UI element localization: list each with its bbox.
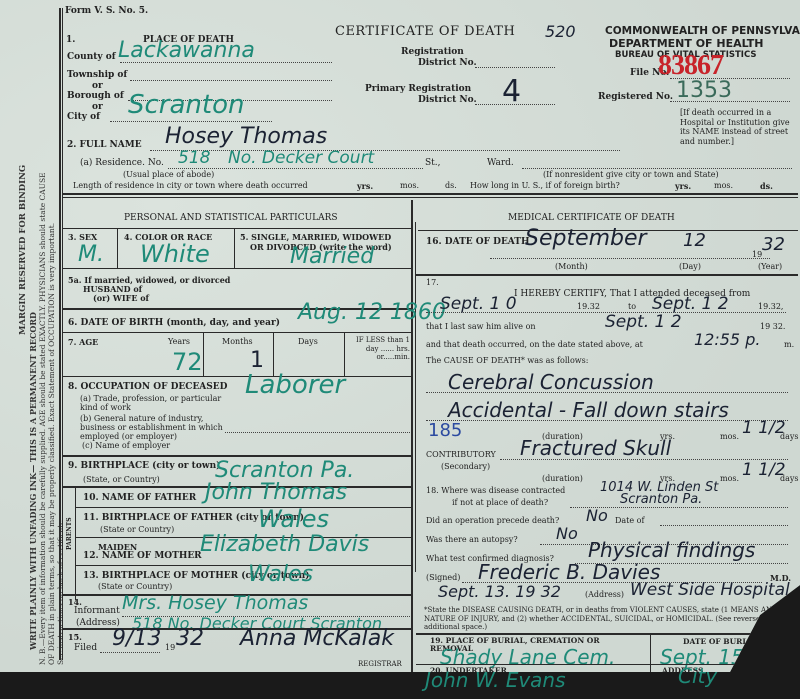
informant-label: Informant	[74, 606, 120, 616]
filed-number: 15.	[68, 632, 82, 642]
filed-year-value: 32	[176, 626, 204, 651]
primary-district-value: 4	[502, 74, 521, 109]
margin-instructions: MARGIN RESERVED FOR BINDING WRITE PLAINL…	[2, 120, 62, 660]
township-label: Township of	[67, 70, 127, 80]
filed-date-value: 9/13	[112, 626, 161, 651]
contributory-label: CONTRIBUTORY	[426, 450, 496, 459]
birthplace-label: 9. BIRTHPLACE (city or town)	[68, 461, 220, 471]
pencil-number: 520	[545, 22, 576, 41]
primary-district-no-label: District No.	[418, 95, 477, 105]
registration-district-no-label: District No.	[418, 58, 477, 68]
certificate-title: CERTIFICATE OF DEATH	[335, 24, 515, 39]
margin-line-4: OF DEATH in plain terms, so that it may …	[47, 223, 56, 665]
section-1-number: 1.	[66, 35, 75, 45]
last-saw-label: that I last saw him alive on	[426, 322, 536, 331]
attended-to-year: 19.32,	[758, 302, 783, 311]
county-label: County of	[67, 52, 116, 62]
marital-label-1: 5. SINGLE, MARRIED, WIDOWED	[240, 232, 391, 242]
length-yrs-label: yrs.	[357, 181, 373, 191]
section-17-number: 17.	[426, 278, 439, 287]
length-of-residence-label: Length of residence in city or town wher…	[73, 181, 308, 190]
dob-value: Aug. 12 1860	[298, 300, 446, 325]
father-value: John Thomas	[205, 480, 347, 505]
margin-line-3: N. B.—Every item of information should b…	[38, 172, 47, 665]
informant-value: Mrs. Hosey Thomas	[122, 592, 308, 614]
residence-number: 518	[178, 148, 210, 168]
years-label: Years	[168, 337, 190, 346]
margin-line-1: MARGIN RESERVED FOR BINDING	[18, 165, 28, 335]
duration-2-mos: mos.	[720, 474, 739, 483]
mother-birthplace-value: Wales	[248, 562, 313, 587]
burial-year-value: 32	[757, 645, 782, 669]
duration-2-label: (duration)	[542, 474, 583, 483]
age-label: 7. AGE	[68, 337, 98, 347]
contracted-label-1: 18. Where was disease contracted	[426, 486, 565, 495]
occupation-label: 8. OCCUPATION OF DECEASED	[68, 382, 227, 392]
sex-label: 3. SEX	[68, 232, 97, 242]
last-saw-year: 19 32.	[760, 322, 785, 331]
registered-no-value: 1353	[676, 78, 732, 103]
last-saw-value: Sept. 1 2	[605, 312, 682, 332]
registration-district-label: Registration	[401, 47, 464, 57]
length-ds-label: ds.	[445, 181, 457, 190]
m-label: m.	[784, 340, 794, 349]
secondary-label: (Secondary)	[441, 462, 490, 471]
dob-label: 6. DATE OF BIRTH (month, day, and year)	[68, 318, 280, 328]
undertaker-address-value: City	[678, 664, 717, 688]
father-birthplace-sub-label: (State or Country)	[100, 525, 174, 534]
parents-label: PARENTS	[66, 517, 73, 550]
signed-label: (Signed)	[426, 573, 460, 582]
day-label: (Day)	[679, 262, 701, 271]
hospital-note: [If death occurred in a Hospital or Inst…	[680, 108, 792, 146]
st-label: St.,	[425, 158, 441, 168]
filed-year-prefix: 19	[165, 643, 175, 652]
race-value: White	[140, 240, 210, 268]
residence-label: (a) Residence. No.	[80, 158, 164, 168]
mother-birthplace-sub-label: (State or Country)	[98, 582, 172, 591]
city-value: Scranton	[128, 90, 244, 120]
occupation-b-label: (b) General nature of industry, business…	[80, 414, 240, 441]
foreign-ds-label: ds.	[760, 181, 773, 191]
dod-day-value: 12	[683, 230, 706, 251]
death-occurred-label: and that death occurred, on the date sta…	[426, 340, 643, 349]
cause-2-value: Accidental - Fall down stairs	[448, 398, 729, 422]
cause-code-value: 185	[428, 420, 462, 441]
primary-registration-label: Primary Registration	[365, 84, 471, 94]
birthplace-sub-label: (State, or Country)	[83, 475, 160, 484]
attended-from-value: Sept. 1 0	[440, 294, 517, 314]
filed-label: Filed	[74, 643, 97, 653]
full-name-label: 2. FULL NAME	[67, 140, 142, 150]
time-of-death-value: 12:55 p.	[694, 330, 760, 349]
attended-to-value: Sept. 1 2	[652, 294, 729, 314]
duration-2-days: days	[780, 474, 799, 483]
foreign-mos-label: mos.	[714, 181, 733, 190]
test-value: Physical findings	[588, 538, 755, 562]
undertaker-value: John W. Evans	[425, 668, 566, 692]
city-label: City of	[67, 112, 100, 122]
occupation-a-label: (a) Trade, profession, or particular kin…	[80, 394, 240, 412]
registrar-signature: Anna McKalak	[240, 626, 394, 651]
cause-1-value: Cerebral Concussion	[448, 370, 654, 394]
medical-heading: MEDICAL CERTIFICATE OF DEATH	[508, 213, 675, 223]
ward-label: Ward.	[487, 158, 514, 168]
to-label: to	[628, 302, 636, 311]
burial-year-prefix: 19	[745, 655, 756, 665]
form-number: Form V. S. No. 5.	[65, 6, 148, 16]
father-label: 10. NAME OF FATHER	[83, 493, 196, 503]
contracted-label-2: if not at place of death?	[452, 498, 548, 507]
abode-note: (Usual place of abode)	[123, 170, 214, 179]
margin-line-2: WRITE PLAINLY WITH UNFADING INK— THIS IS…	[28, 312, 38, 650]
physician-address-label: (Address)	[585, 590, 624, 599]
borough-label: Borough of	[67, 91, 124, 101]
operation-value: No	[586, 506, 608, 525]
over-label: (OVER)	[650, 680, 680, 689]
dod-month-value: September	[525, 226, 647, 251]
or-label-2: or	[92, 102, 103, 112]
year-label: (Year)	[758, 262, 782, 271]
occupation-value: Laborer	[245, 370, 345, 400]
autopsy-label: Was there an autopsy?	[426, 535, 518, 544]
attended-from-year: 19.32	[577, 302, 600, 311]
dod-year-prefix: 19	[752, 250, 762, 259]
issuer-line-1: COMMONWEALTH OF PENNSYLVANIA	[605, 25, 800, 37]
physician-address-value: West Side Hospital	[630, 580, 790, 600]
registered-no-label: Registered No.	[598, 92, 673, 102]
operation-date-label: Date of	[615, 516, 644, 525]
duration-1-mos: mos.	[720, 432, 739, 441]
foreign-birth-label: How long in U. S., if of foreign birth?	[470, 181, 620, 190]
cause-footnote: *State the DISEASE CAUSING DEATH, or in …	[424, 606, 796, 632]
mother-value: Elizabeth Davis	[200, 532, 369, 557]
contracted-value-2: Scranton Pa.	[620, 492, 702, 507]
sex-value: M.	[78, 242, 104, 267]
mother-label: 12. NAME OF MOTHER	[83, 551, 202, 561]
date-of-death-label: 16. DATE OF DEATH	[426, 237, 530, 247]
issuer-line-2: DEPARTMENT OF HEALTH	[609, 37, 764, 50]
death-certificate: MARGIN RESERVED FOR BINDING WRITE PLAINL…	[0, 0, 800, 672]
residence-street: No. Decker Court	[228, 148, 374, 168]
county-value: Lackawanna	[118, 38, 255, 63]
age-years-value: 72	[172, 348, 203, 376]
operation-label: Did an operation precede death?	[426, 516, 559, 525]
or-label-1: or	[92, 81, 103, 91]
length-mos-label: mos.	[400, 181, 419, 190]
signed-date-value: Sept. 13. 19 32	[438, 582, 561, 601]
months-label: Months	[222, 337, 253, 346]
registrar-label: REGISTRAR	[358, 660, 402, 668]
days-label: Days	[298, 337, 318, 346]
full-name-value: Hosey Thomas	[165, 124, 327, 149]
dod-year-value: 32	[762, 234, 785, 255]
employer-label: (c) Name of employer	[82, 441, 170, 450]
autopsy-value: No	[556, 524, 578, 543]
month-label: (Month)	[555, 262, 588, 271]
contributory-value: Fractured Skull	[520, 436, 671, 460]
spouse-label-3: (or) WIFE of	[93, 293, 149, 303]
father-birthplace-value: Wales	[258, 505, 329, 533]
less-than-day-label: IF LESS than 1 day ...... hrs. or.....mi…	[348, 336, 410, 362]
foreign-yrs-label: yrs.	[675, 181, 691, 191]
duration-1-days: days	[780, 432, 799, 441]
nonresident-note: (If nonresident give city or town and St…	[543, 170, 719, 179]
marital-value: Married	[290, 244, 374, 269]
cause-of-death-label: The CAUSE OF DEATH* was as follows:	[426, 356, 588, 365]
personal-heading: PERSONAL AND STATISTICAL PARTICULARS	[124, 213, 338, 223]
